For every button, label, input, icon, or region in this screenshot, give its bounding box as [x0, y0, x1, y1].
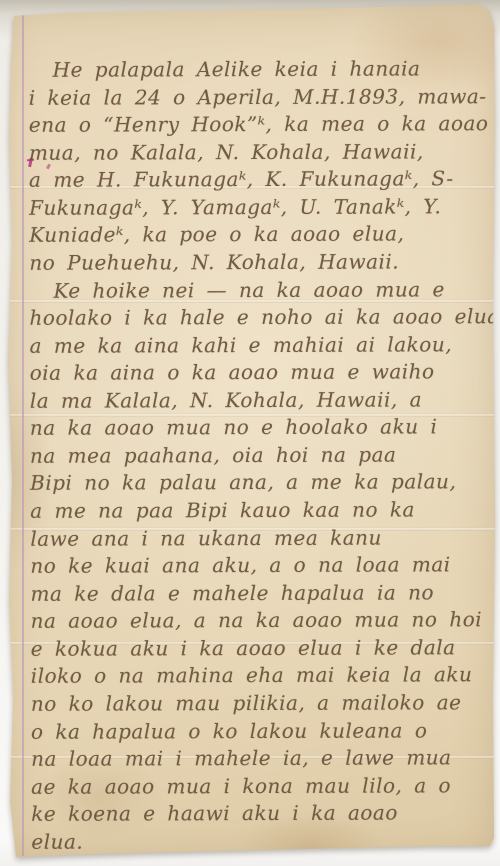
paper-shadow-wrap: He palapala Aelike keia i hanaiai keia l…	[0, 0, 500, 866]
manuscript-line: o ka hapalua o ko lakou kuleana o	[31, 717, 489, 746]
manuscript-line: elua.	[31, 827, 489, 856]
manuscript-line: na loaa mai i mahele ia, e lawe mua	[31, 744, 489, 773]
manuscript-line: a me ka aina kahi e mahiai ai lakou,	[30, 331, 488, 360]
manuscript-line: na ka aoao mua no e hoolako aku i	[30, 414, 488, 443]
manuscript-line: mua, no Kalala, N. Kohala, Hawaii,	[29, 138, 487, 167]
manuscript-line: na mea paahana, oia hoi na paa	[30, 441, 488, 470]
manuscript-line: ae ka aoao mua i kona mau lilo, a o	[31, 772, 489, 801]
manuscript-line: ena o “Henry Hook”ᵏ, ka mea o ka aoao	[29, 110, 487, 139]
manuscript-line: no ko lakou mau pilikia, a mailoko ae	[31, 689, 489, 718]
manuscript-line: no Puehuehu, N. Kohala, Hawaii.	[29, 248, 487, 277]
manuscript-line: la ma Kalala, N. Kohala, Hawaii, a	[30, 386, 488, 415]
manuscript-line: iloko o na mahina eha mai keia la aku	[31, 662, 489, 691]
margin-rule-line	[22, 12, 24, 856]
manuscript-line: He palapala Aelike keia i hanaia	[29, 55, 487, 84]
manuscript-line: Fukunagaᵏ, Y. Yamagaᵏ, U. Tanakᵏ, Y.	[29, 193, 487, 222]
manuscript-line: hoolako i ka hale e noho ai ka aoao elua	[29, 303, 487, 332]
manuscript-text: He palapala Aelike keia i hanaiai keia l…	[29, 55, 490, 856]
manuscript-line: ma ke dala e mahele hapalua ia no	[30, 579, 488, 608]
manuscript-line: Ke hoike nei — na ka aoao mua e	[29, 276, 487, 305]
manuscript-line: na aoao elua, a na ka aoao mua no hoi	[31, 606, 489, 635]
manuscript-line: e kokua aku i ka aoao elua i ke dala	[31, 634, 489, 663]
manuscript-paper: He palapala Aelike keia i hanaiai keia l…	[0, 0, 500, 866]
manuscript-line: lawe ana i na ukana mea kanu	[30, 524, 488, 553]
manuscript-line: a me na paa Bipi kauo kaa no ka	[30, 496, 488, 525]
scan-background: He palapala Aelike keia i hanaiai keia l…	[0, 0, 500, 866]
manuscript-line: Bipi no ka palau ana, a me ka palau,	[30, 469, 488, 498]
manuscript-line: ke koena e haawi aku i ka aoao	[31, 799, 489, 828]
manuscript-line: no ke kuai ana aku, a o na loaa mai	[30, 551, 488, 580]
manuscript-line: Kuniadeᵏ, ka poe o ka aoao elua,	[29, 221, 487, 250]
manuscript-line: oia ka aina o ka aoao mua e waiho	[30, 358, 488, 387]
manuscript-line: i keia la 24 o Aperila, M.H.1893, mawa-	[29, 83, 487, 112]
manuscript-line: a me H. Fukunagaᵏ, K. Fukunagaᵏ, S-	[29, 165, 487, 194]
